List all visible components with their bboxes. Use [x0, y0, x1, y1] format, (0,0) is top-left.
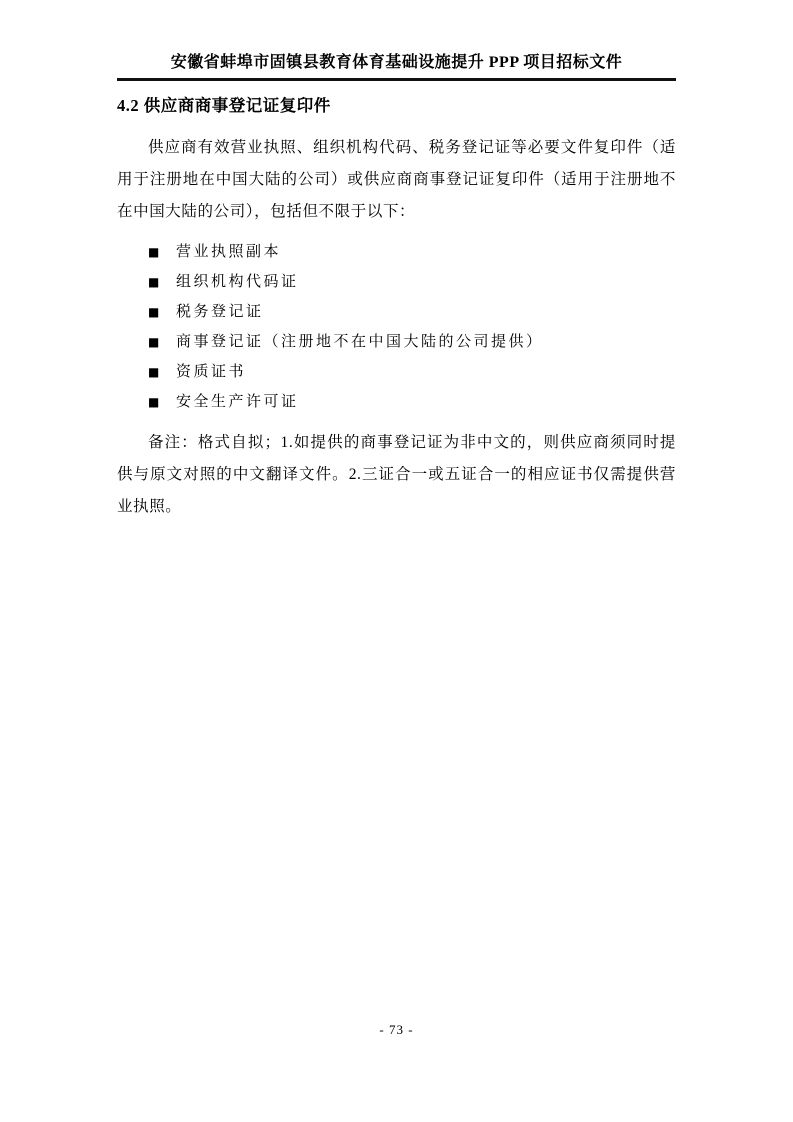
square-bullet-icon: ■ [148, 327, 159, 357]
square-bullet-icon: ■ [148, 237, 159, 267]
page-footer: - 73 - [0, 1022, 793, 1038]
certificate-list: ■ 营业执照副本 ■ 组织机构代码证 ■ 税务登记证 ■ 商事登记证（注册地不在… [117, 237, 676, 417]
document-page: 安徽省蚌埠市固镇县教育体育基础设施提升 PPP 项目招标文件 4.2 供应商商事… [0, 0, 793, 1122]
page-number: - 73 - [379, 1022, 413, 1037]
square-bullet-icon: ■ [148, 387, 159, 417]
list-item-label: 商事登记证（注册地不在中国大陆的公司提供） [176, 334, 544, 350]
list-item: ■ 税务登记证 [117, 297, 676, 327]
list-item-label: 税务登记证 [176, 304, 264, 320]
list-item-label: 营业执照副本 [176, 244, 281, 260]
section-heading: 4.2 供应商商事登记证复印件 [117, 94, 676, 118]
page-header: 安徽省蚌埠市固镇县教育体育基础设施提升 PPP 项目招标文件 [117, 0, 676, 81]
list-item: ■ 组织机构代码证 [117, 267, 676, 297]
header-divider [117, 78, 676, 81]
list-item: ■ 商事登记证（注册地不在中国大陆的公司提供） [117, 327, 676, 357]
list-item: ■ 营业执照副本 [117, 237, 676, 267]
section-intro-paragraph: 供应商有效营业执照、组织机构代码、税务登记证等必要文件复印件（适用于注册地在中国… [117, 132, 676, 228]
document-title: 安徽省蚌埠市固镇县教育体育基础设施提升 PPP 项目招标文件 [117, 52, 676, 74]
list-item: ■ 资质证书 [117, 357, 676, 387]
square-bullet-icon: ■ [148, 267, 159, 297]
square-bullet-icon: ■ [148, 357, 159, 387]
list-item-label: 资质证书 [176, 364, 246, 380]
list-item-label: 安全生产许可证 [176, 394, 299, 410]
list-item: ■ 安全生产许可证 [117, 387, 676, 417]
square-bullet-icon: ■ [148, 297, 159, 327]
page-content: 4.2 供应商商事登记证复印件 供应商有效营业执照、组织机构代码、税务登记证等必… [117, 94, 676, 523]
note-paragraph: 备注：格式自拟；1.如提供的商事登记证为非中文的，则供应商须同时提供与原文对照的… [117, 427, 676, 523]
list-item-label: 组织机构代码证 [176, 274, 299, 290]
